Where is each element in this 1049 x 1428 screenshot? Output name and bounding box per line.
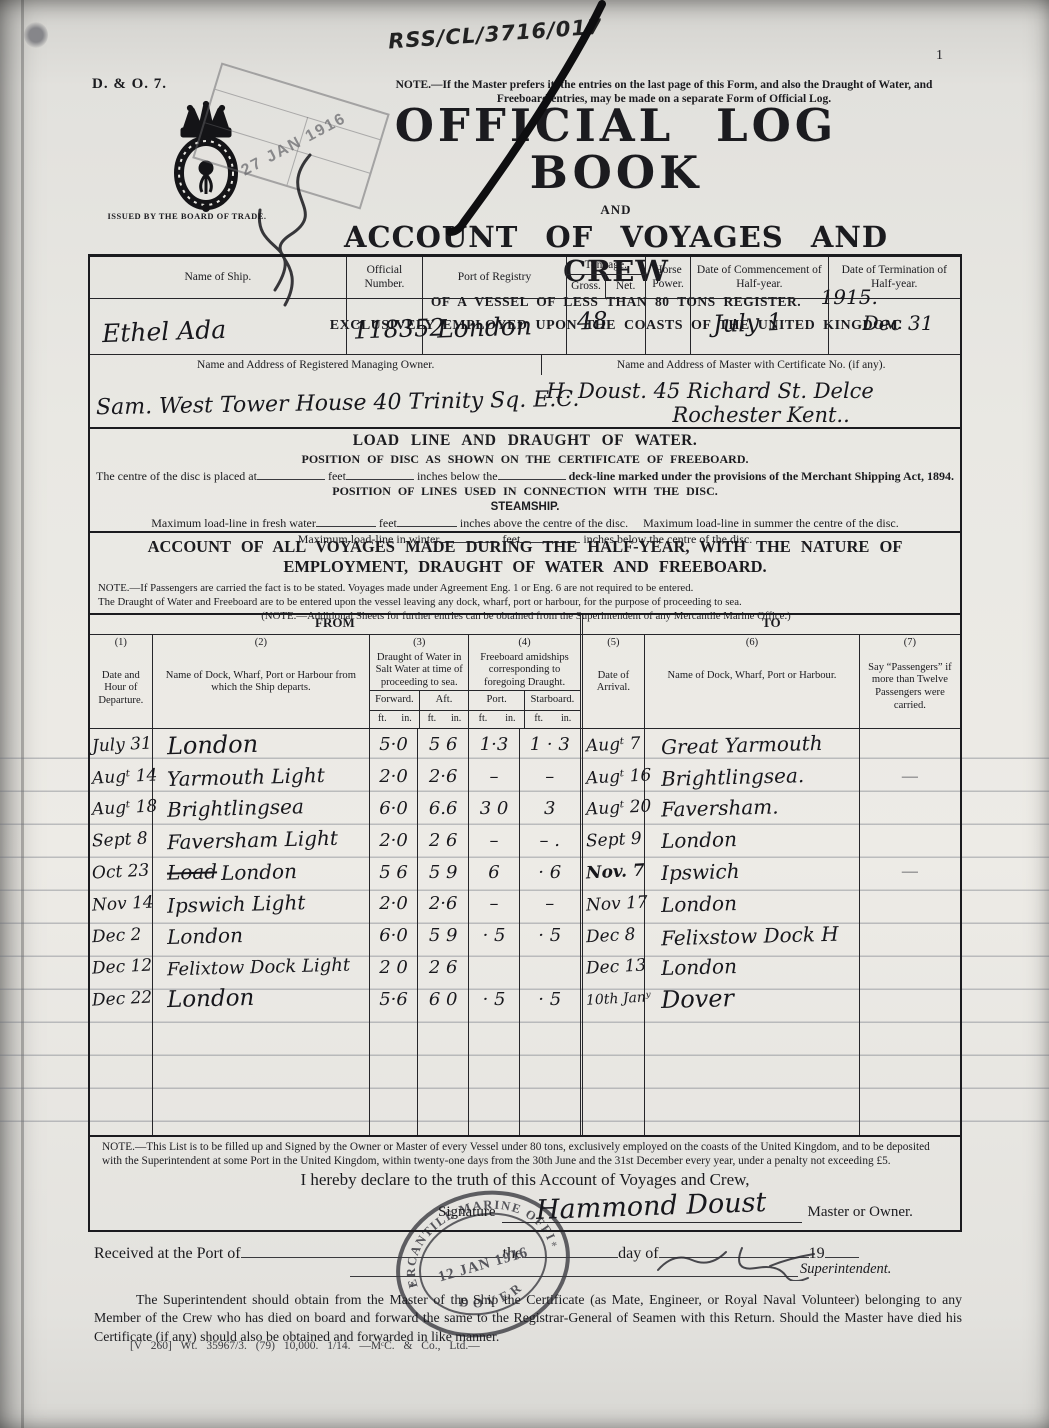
voyages-table: FROM TO (1) Date and Hour of Departure. … — [90, 615, 960, 1135]
owner-master-values: Sam. West Tower House 40 Trinity Sq. E.C… — [90, 375, 960, 429]
blank-line — [257, 468, 325, 480]
signature-value: Hammond Doust — [536, 1187, 767, 1226]
account-section: ACCOUNT OF ALL VOYAGES MADE DURING THE H… — [90, 533, 960, 615]
declaration-line: I hereby declare to the truth of this Ac… — [98, 1170, 952, 1190]
col-passengers: (7) Say “Passengers” if more than Twelve… — [860, 635, 960, 728]
signature-label: Signature — [438, 1204, 496, 1223]
header-name-of-ship: Name of Ship. — [90, 257, 347, 298]
from-label: FROM — [90, 615, 580, 634]
form-box: Name of Ship. Official Number. Port of R… — [88, 254, 962, 1232]
centre-of-disc-line: The centre of the disc is placed at feet… — [90, 468, 960, 484]
header-horse-power: Horse Power. — [646, 257, 691, 298]
value-managing-owner: Sam. West Tower House 40 Trinity Sq. E.C… — [90, 375, 542, 427]
account-heading: ACCOUNT OF ALL VOYAGES MADE DURING THE H… — [90, 537, 960, 577]
ship-table-values: Ethel Ada 118352 London 48 July 1 1915. … — [90, 299, 960, 355]
sub-forward: Forward. — [370, 691, 420, 710]
sub-aft: Aft. — [420, 691, 469, 710]
voyage-row: Dec 2 London 6·0 5 9 · 5 · 5 Dec 8 Felix… — [90, 920, 960, 952]
voyages-empty-rows — [90, 1015, 960, 1135]
fresh-water-line: Maximum load-line in fresh water feet in… — [90, 515, 960, 531]
deposit-note: NOTE.—This List is to be filled up and S… — [98, 1140, 952, 1168]
col-freeboard: (4) Freeboard amidships corresponding to… — [469, 635, 579, 728]
col-arrival-date: (5) Date of Arrival. — [580, 635, 645, 728]
to-label: TO — [580, 615, 960, 634]
value-termination: 1915. Dec 31 — [829, 299, 960, 354]
voyage-row: Dec 22 London 5·6 6 0 · 5 · 5 10th Janʸ … — [90, 983, 960, 1015]
diagonal-pen-stroke — [420, 0, 630, 250]
account-note2: The Draught of Water and Freeboard are t… — [98, 595, 954, 609]
header-port-of-registry: Port of Registry — [423, 257, 567, 298]
header-tonnage: Tonnage. Gross. Net. — [567, 257, 646, 298]
load-line-section: LOAD LINE AND DRAUGHT OF WATER. POSITION… — [90, 429, 960, 533]
printer-imprint: [V 260] Wt. 35967/3. (79) 10,000. 1/14. … — [130, 1340, 480, 1352]
struck-word: Load — [166, 859, 217, 884]
col-draught: (3) Draught of Water in Salt Water at ti… — [370, 635, 469, 728]
col-from-port: (2) Name of Dock, Wharf, Port or Harbour… — [153, 635, 371, 728]
official-log-book-page: RSS/CL/3716/017 1 D. & O. 7. NOTE.—If th… — [0, 0, 1049, 1428]
voyages-column-headers: (1) Date and Hour of Departure. (2) Name… — [90, 635, 960, 729]
owner-master-labels: Name and Address of Registered Managing … — [90, 355, 960, 375]
header-net: Net. — [606, 275, 645, 298]
voyage-row: Augᵗ 14 Yarmouth Light 2·0 2·6 – – Augᵗ … — [90, 761, 960, 793]
value-tonnage-gross: 48 — [567, 299, 646, 354]
value-official-number: 118352 — [347, 299, 424, 354]
value-port-of-registry: London — [423, 299, 567, 354]
superintendent-note: The Superintendent should obtain from th… — [94, 1291, 962, 1346]
blank-line — [498, 468, 566, 480]
header-commencement: Date of Commencement of Half-year. — [691, 257, 828, 298]
header-official-number: Official Number. — [347, 257, 424, 298]
superintendent-label: Superintendent. — [800, 1261, 891, 1278]
svg-text:*: * — [550, 1238, 560, 1253]
load-line-heading: LOAD LINE AND DRAUGHT OF WATER. — [90, 432, 960, 451]
account-note1: NOTE.—If Passengers are carried the fact… — [98, 581, 954, 595]
page-number: 1 — [936, 48, 943, 64]
position-of-lines: POSITION OF LINES USED IN CONNECTION WIT… — [90, 484, 960, 499]
label-managing-owner: Name and Address of Registered Managing … — [90, 355, 542, 375]
signature-line: Hammond Doust — [502, 1191, 802, 1223]
from-to-header: FROM TO — [90, 615, 960, 635]
voyage-row: July 31 London 5·0 5 6 1·3 1 · 3 Augᵗ 7 … — [90, 729, 960, 761]
signature-row: Signature Hammond Doust Master or Owner. — [98, 1191, 952, 1223]
blank-line — [316, 515, 376, 527]
col-to-port: (6) Name of Dock, Wharf, Port or Harbour… — [645, 635, 860, 728]
form-code: D. & O. 7. — [92, 76, 167, 93]
value-horse-power — [646, 299, 691, 354]
received-label: Received at the Port of — [94, 1245, 241, 1263]
steamship-label: STEAMSHIP. — [90, 500, 960, 514]
declaration-section: NOTE.—This List is to be filled up and S… — [90, 1135, 960, 1235]
value-year: 1915. — [821, 285, 878, 309]
master-or-owner-label: Master or Owner. — [808, 1204, 913, 1223]
voyage-row: Sept 8 Faversham Light 2·0 2 6 – – . Sep… — [90, 824, 960, 856]
punch-hole-mark — [24, 22, 48, 48]
header-tonnage-label: Tonnage. — [567, 257, 645, 275]
voyage-row: Oct 23 Load London 5 6 5 9 6 · 6 Nov. 7 … — [90, 856, 960, 888]
summer-line: Maximum load-line in summer the centre o… — [643, 516, 899, 530]
scan-edge-shadow — [21, 0, 24, 1428]
col-departure-date: (1) Date and Hour of Departure. — [90, 635, 153, 728]
label-master: Name and Address of Master with Certific… — [542, 355, 960, 375]
blank-line — [397, 515, 457, 527]
sub-starboard: Starboard. — [525, 691, 580, 710]
value-master: H. Doust. 45 Richard St. Delce Rochester… — [542, 375, 960, 427]
voyage-row: Augᵗ 18 Brightlingsea 6·0 6.6 3 0 3 Augᵗ… — [90, 793, 960, 825]
voyage-row: Nov 14 Ipswich Light 2·0 2·6 – – Nov 17 … — [90, 888, 960, 920]
voyage-row: Dec 12 Felixtow Dock Light 2 0 2 6 Dec 1… — [90, 952, 960, 984]
value-commencement: July 1 — [691, 299, 828, 354]
value-ship-name: Ethel Ada — [90, 299, 347, 354]
sub-port: Port. — [469, 691, 525, 710]
blank-line — [346, 468, 414, 480]
header-gross: Gross. — [567, 275, 607, 298]
position-of-disc: POSITION OF DISC AS SHOWN ON THE CERTIFI… — [90, 452, 960, 467]
